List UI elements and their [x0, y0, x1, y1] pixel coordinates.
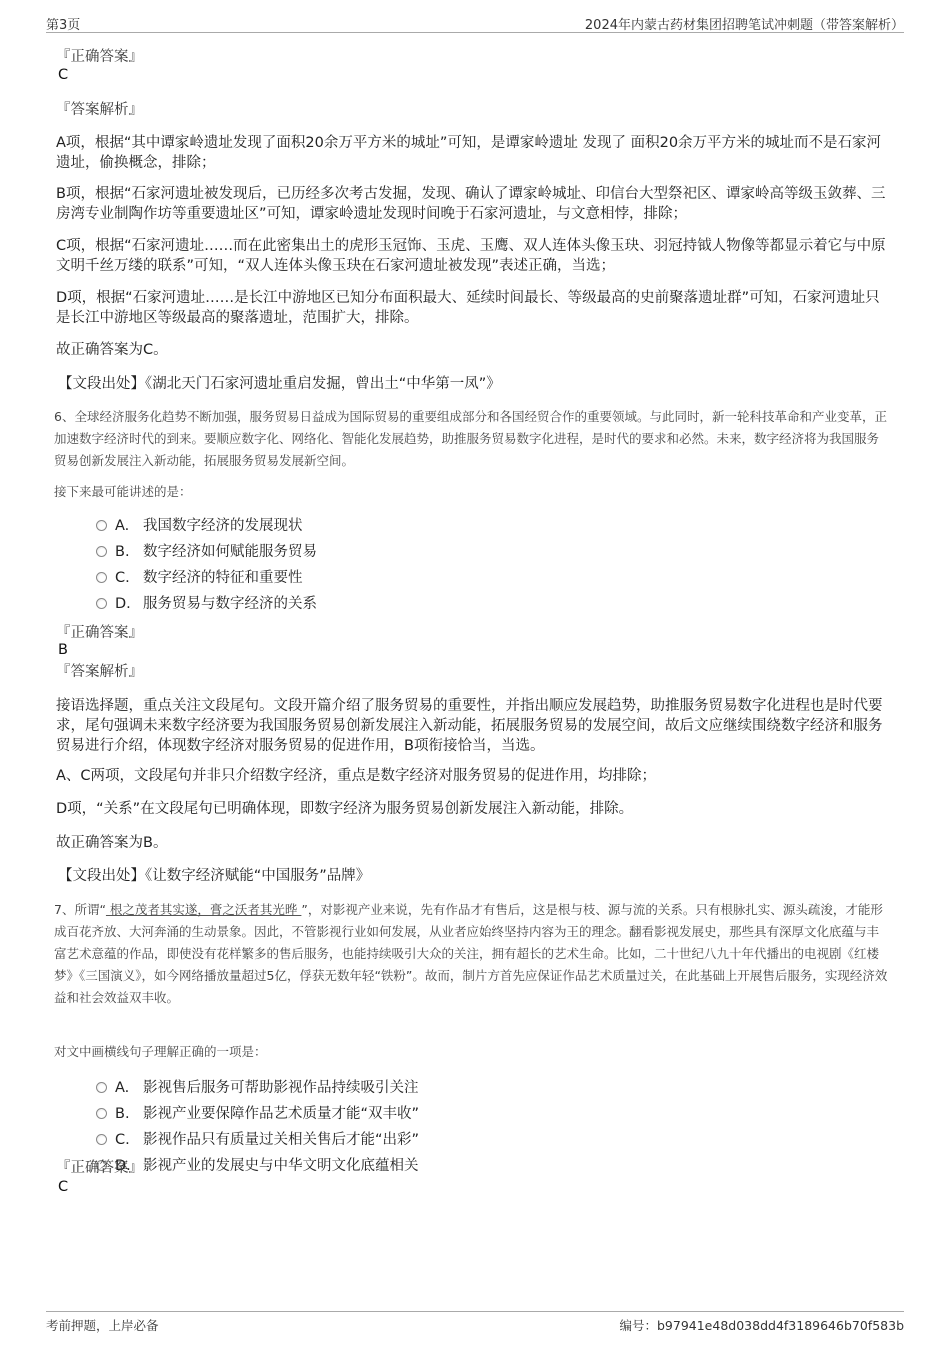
option-b[interactable]: B.数字经济如何赋能服务贸易	[96, 542, 317, 562]
source-citation: 【文段出处】《湖北天门石家河遗址重启发掘，曾出土“中华第一凤”》	[58, 374, 894, 394]
radio-icon[interactable]	[96, 598, 107, 609]
page-footer: 考前押题，上岸必备 编号：b97941e48d038dd4f3189646b70…	[46, 1311, 904, 1334]
answer-label: 『正确答案』	[56, 624, 892, 642]
radio-icon[interactable]	[96, 1108, 107, 1119]
source-citation: 【文段出处】《让数字经济赋能“中国服务”品牌》	[58, 866, 894, 886]
question-passage: 7、所谓“ 根之茂者其实遂，膏之沃者其光晔 ”，对影视产业来说，先有作品才有售后…	[54, 899, 890, 1009]
option-c[interactable]: C.影视作品只有质量过关相关售后才能“出彩”	[96, 1130, 419, 1150]
analysis-paragraph: C项，根据“石家河遗址……而在此密集出土的虎形玉冠饰、玉虎、玉鹰、双人连体头像玉…	[56, 236, 892, 276]
analysis-paragraph: A项，根据“其中谭家岭遗址发现了面积20余万平方米的城址”可知，是谭家岭遗址 发…	[56, 133, 892, 173]
option-a[interactable]: A.我国数字经济的发展现状	[96, 516, 303, 536]
page-number: 第3页	[46, 14, 80, 33]
option-c[interactable]: C.数字经济的特征和重要性	[96, 568, 303, 588]
document-title: 2024年内蒙古药材集团招聘笔试冲刺题（带答案解析）	[585, 14, 904, 33]
radio-icon[interactable]	[96, 1082, 107, 1093]
page-header: 第3页 2024年内蒙古药材集团招聘笔试冲刺题（带答案解析）	[46, 12, 904, 33]
option-d[interactable]: D.服务贸易与数字经济的关系	[96, 594, 317, 614]
radio-icon[interactable]	[96, 546, 107, 557]
option-a[interactable]: A.影视售后服务可帮助影视作品持续吸引关注	[96, 1078, 419, 1098]
analysis-paragraph: D项，“关系”在文段尾句已明确体现，即数字经济为服务贸易创新发展注入新动能，排除…	[56, 799, 892, 819]
analysis-paragraph: 接语选择题，重点关注文段尾句。文段开篇介绍了服务贸易的重要性，并指出顺应发展趋势…	[56, 696, 892, 756]
analysis-label: 『答案解析』	[56, 101, 892, 119]
question-passage: 6、全球经济服务化趋势不断加强，服务贸易日益成为国际贸易的重要组成部分和各国经贸…	[54, 406, 890, 472]
conclusion: 故正确答案为B。	[56, 833, 892, 853]
radio-icon[interactable]	[96, 1134, 107, 1145]
analysis-paragraph: A、C两项，文段尾句并非只介绍数字经济，重点是数字经济对服务贸易的促进作用，均排…	[56, 766, 892, 786]
question-stem: 接下来最可能讲述的是：	[54, 482, 890, 502]
radio-icon[interactable]	[96, 520, 107, 531]
analysis-paragraph: D项，根据“石家河遗址……是长江中游地区已知分布面积最大、延续时间最长、等级最高…	[56, 288, 892, 328]
correct-answer: C	[56, 66, 894, 84]
option-b[interactable]: B.影视产业要保障作品艺术质量才能“双丰收”	[96, 1104, 419, 1124]
correct-answer: C	[56, 1178, 894, 1196]
underlined-sentence: 根之茂者其实遂，膏之沃者其光晔	[106, 902, 301, 917]
document-id: 编号：b97941e48d038dd4f3189646b70f583b	[619, 1316, 904, 1334]
correct-answer: B	[56, 641, 894, 659]
answer-label: 『正确答案』	[56, 48, 892, 66]
question-stem: 对文中画横线句子理解正确的一项是：	[54, 1042, 890, 1062]
conclusion: 故正确答案为C。	[56, 340, 892, 360]
analysis-label: 『答案解析』	[56, 663, 892, 681]
radio-icon[interactable]	[96, 572, 107, 583]
answer-label: 『正确答案』	[56, 1159, 892, 1177]
analysis-paragraph: B项，根据“石家河遗址被发现后，已历经多次考古发掘，发现、确认了谭家岭城址、印信…	[56, 184, 892, 224]
footer-slogan: 考前押题，上岸必备	[46, 1316, 159, 1334]
